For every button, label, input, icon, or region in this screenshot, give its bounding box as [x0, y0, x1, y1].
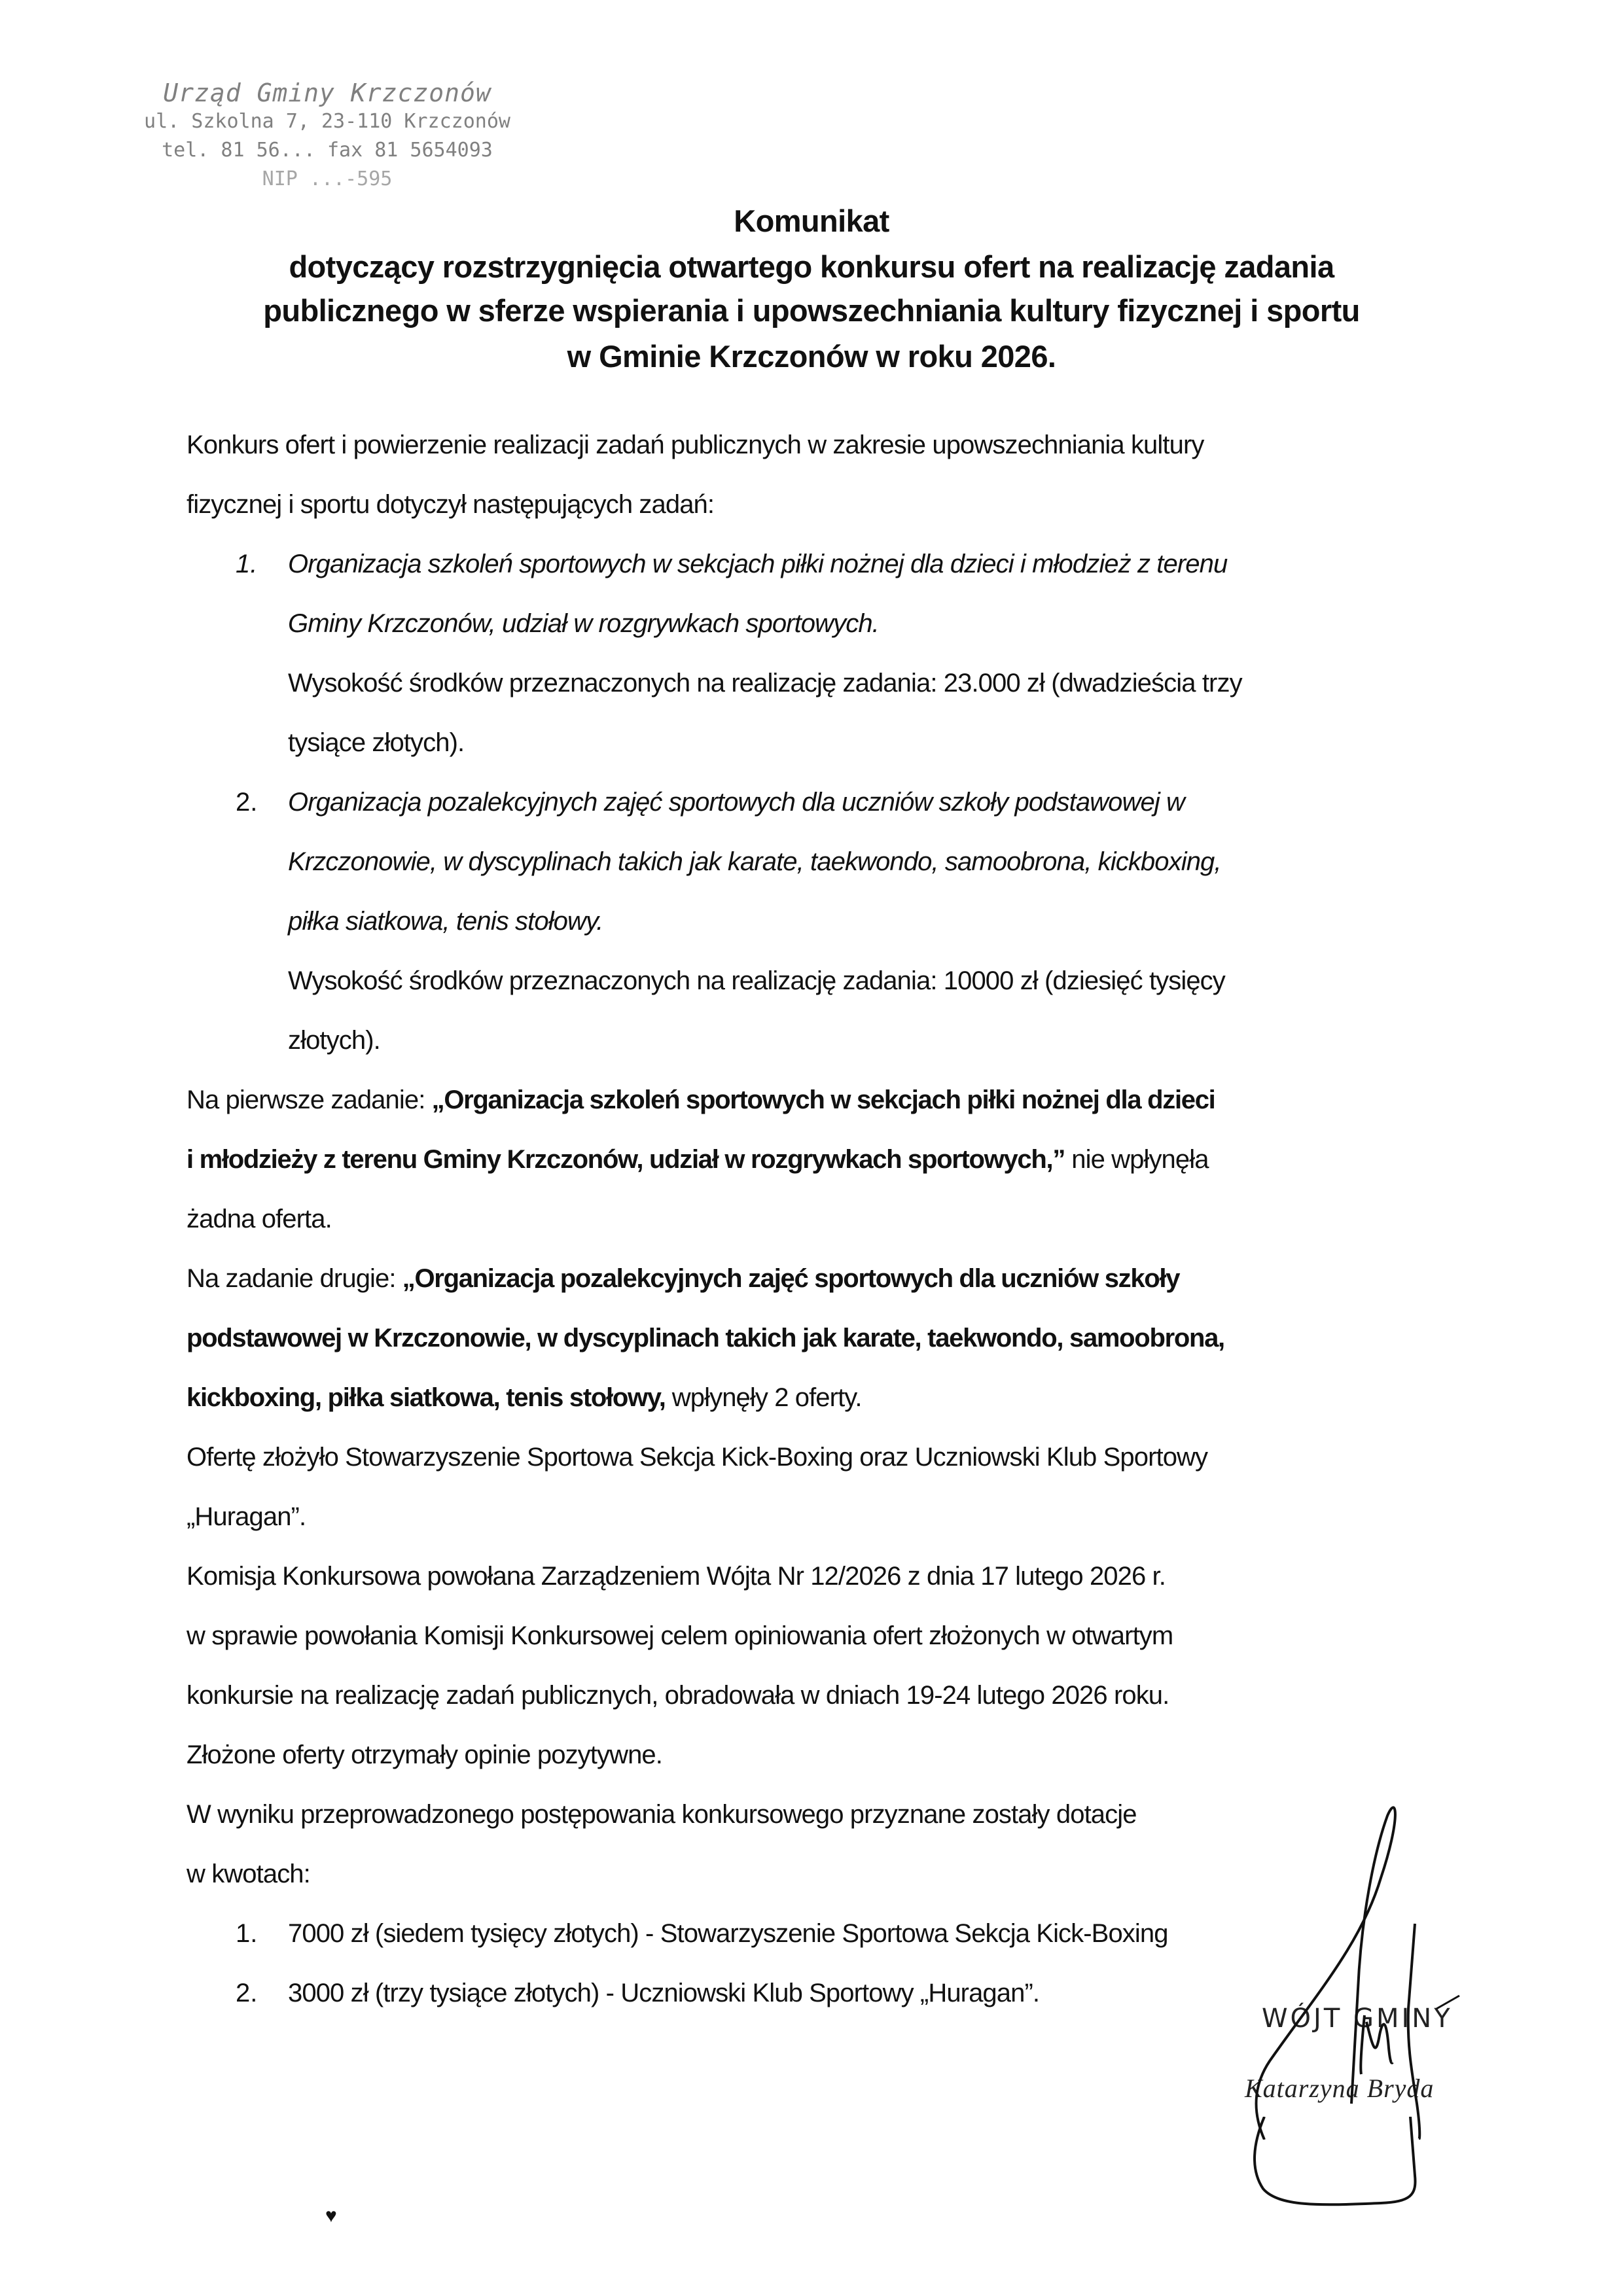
grant-number: 1. — [236, 1917, 257, 1950]
grant-item: 7000 zł (siedem tysięcy złotych) - Stowa… — [288, 1917, 1168, 1950]
task-title-line: Krzczonowie, w dyscyplinach takich jak k… — [288, 845, 1221, 878]
text-bold: „Organizacja pozalekcyjnych zajęć sporto… — [402, 1264, 1179, 1293]
first-task-result-line: i młodzieży z terenu Gminy Krzczonów, ud… — [187, 1143, 1209, 1176]
task-title-line: Gminy Krzczonów, udział w rozgrywkach sp… — [288, 607, 879, 640]
scan-mark-icon: ♥ — [325, 2205, 337, 2227]
result-line: W wyniku przeprowadzonego postępowania k… — [187, 1798, 1137, 1831]
offers-line: „Huragan”. — [187, 1500, 306, 1533]
handwritten-signature-icon — [1204, 1799, 1531, 2140]
subtitle-line: publicznego w sferze wspierania i upowsz… — [0, 291, 1623, 330]
first-task-result-line: żadna oferta. — [187, 1203, 332, 1235]
stamp-address: ul. Szkolna 7, 23-110 Krzczonów — [124, 107, 530, 136]
second-task-result-line: Na zadanie drugie: „Organizacja pozalekc… — [187, 1262, 1179, 1295]
stamp-nip: NIP ...-595 — [124, 165, 530, 194]
second-task-result-line: podstawowej w Krzczonowie, w dyscyplinac… — [187, 1322, 1224, 1354]
task-number: 1. — [236, 548, 257, 580]
task-title-line: Organizacja pozalekcyjnych zajęć sportow… — [288, 786, 1185, 819]
intro-line: fizycznej i sportu dotyczył następującyc… — [187, 488, 714, 521]
task-title-line: Organizacja szkoleń sportowych w sekcjac… — [288, 548, 1227, 580]
stamp-phone: tel. 81 56... fax 81 5654093 — [124, 136, 530, 165]
text-normal: Na zadanie drugie: — [187, 1264, 402, 1293]
text-normal: wpłynęły 2 oferty. — [666, 1383, 862, 1412]
first-task-result-line: Na pierwsze zadanie: „Organizacja szkole… — [187, 1084, 1215, 1116]
intro-line: Konkurs ofert i powierzenie realizacji z… — [187, 429, 1204, 461]
task-number: 2. — [236, 786, 257, 819]
page-title: Komunikat — [0, 202, 1623, 241]
text-normal: Na pierwsze zadanie: — [187, 1086, 432, 1114]
offers-line: Ofertę złożyło Stowarzyszenie Sportowa S… — [187, 1441, 1207, 1474]
task-amount-line: Wysokość środków przeznaczonych na reali… — [288, 667, 1242, 699]
office-stamp: Urząd Gminy Krzczonów ul. Szkolna 7, 23-… — [124, 79, 530, 194]
commission-line: Złożone oferty otrzymały opinie pozytywn… — [187, 1739, 662, 1771]
task-amount-line: tysiące złotych). — [288, 726, 464, 759]
subtitle-line: w Gminie Krzczonów w roku 2026. — [0, 337, 1623, 376]
subtitle-line: dotyczący rozstrzygnięcia otwartego konk… — [0, 247, 1623, 287]
task-amount-line: złotych). — [288, 1024, 380, 1057]
signature-block: WÓJT GMINY Katarzyna Bryda — [1204, 1799, 1531, 2140]
grant-item: 3000 zł (trzy tysiące złotych) - Uczniow… — [288, 1977, 1039, 2009]
second-task-result-line: kickboxing, piłka siatkowa, tenis stołow… — [187, 1381, 862, 1414]
commission-line: w sprawie powołania Komisji Konkursowej … — [187, 1619, 1173, 1652]
text-bold: i młodzieży z terenu Gminy Krzczonów, ud… — [187, 1145, 1065, 1174]
document-page: Urząd Gminy Krzczonów ul. Szkolna 7, 23-… — [0, 0, 1623, 2296]
task-amount-line: Wysokość środków przeznaczonych na reali… — [288, 964, 1225, 997]
text-normal: nie wpłynęła — [1065, 1145, 1209, 1174]
grant-number: 2. — [236, 1977, 257, 2009]
stamp-office-name: Urząd Gminy Krzczonów — [124, 79, 530, 107]
text-bold: kickboxing, piłka siatkowa, tenis stołow… — [187, 1383, 666, 1412]
signature-loop-icon — [1250, 2117, 1433, 2215]
commission-line: konkursie na realizację zadań publicznyc… — [187, 1679, 1169, 1712]
commission-line: Komisja Konkursowa powołana Zarządzeniem… — [187, 1560, 1166, 1593]
text-bold: „Organizacja szkoleń sportowych w sekcja… — [432, 1086, 1215, 1114]
result-line: w kwotach: — [187, 1858, 310, 1890]
task-title-line: piłka siatkowa, tenis stołowy. — [288, 905, 603, 938]
